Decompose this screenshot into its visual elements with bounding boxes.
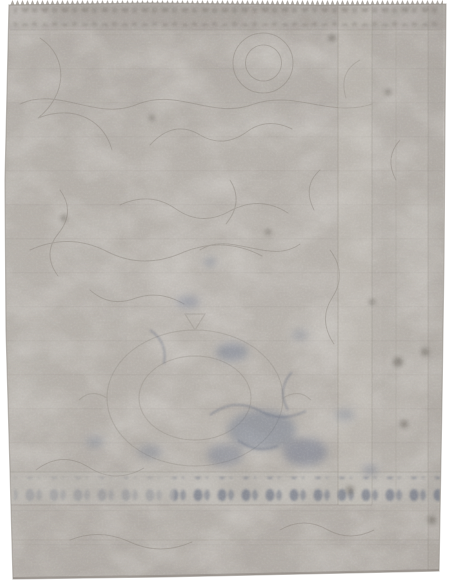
rug-product-photo: Vintage distressed overdyed gray rug xyxy=(0,0,450,585)
grain-light xyxy=(0,0,450,585)
rug-body xyxy=(0,0,450,585)
rug-photo-svg: Vintage distressed overdyed gray rug xyxy=(0,0,450,585)
